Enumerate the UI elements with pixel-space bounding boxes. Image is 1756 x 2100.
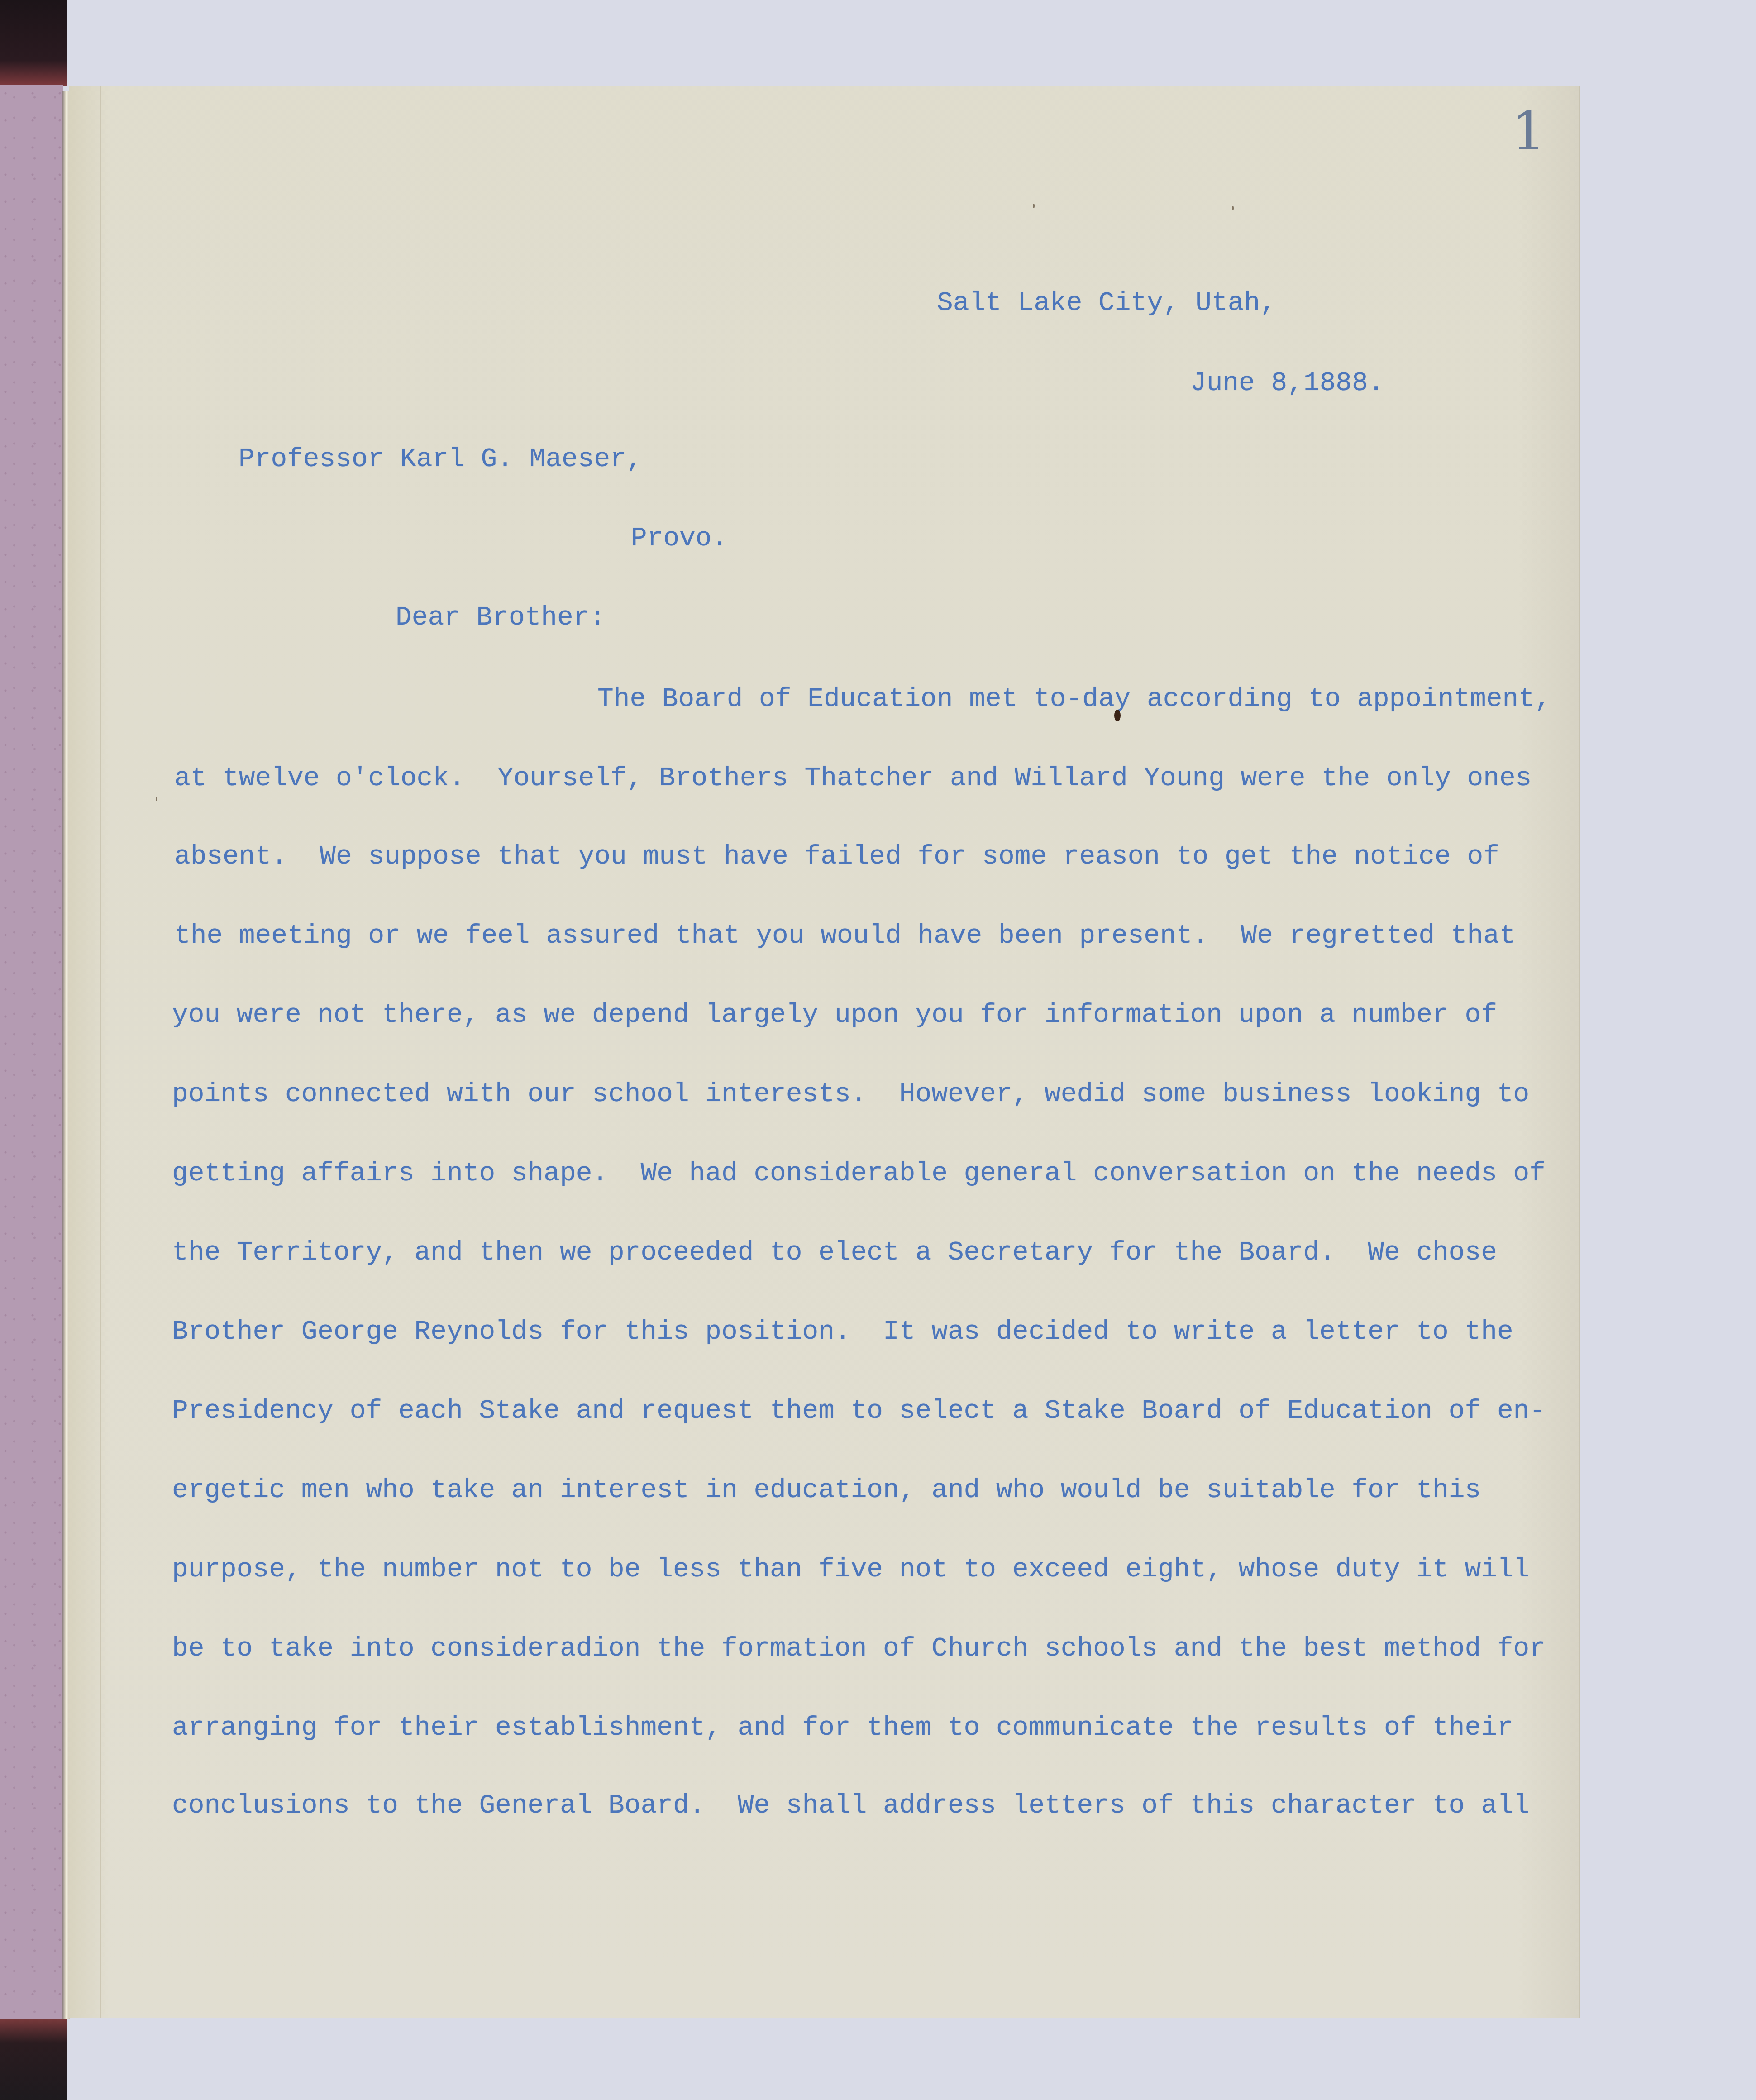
body-line: the meeting or we feel assured that you … xyxy=(174,922,1516,950)
body-line: points connected with our school interes… xyxy=(172,1081,1529,1108)
body-line: The Board of Education met to-day accord… xyxy=(597,686,1551,713)
body-line: the Territory, and then we proceeded to … xyxy=(172,1239,1497,1266)
salutation: Dear Brother: xyxy=(396,604,606,631)
endpaper xyxy=(0,85,63,2020)
body-line: Presidency of each Stake and request the… xyxy=(172,1398,1546,1425)
body-line: purpose, the number not to be less than … xyxy=(172,1556,1529,1583)
paper-speck xyxy=(1232,206,1234,210)
page-number: 1 xyxy=(1512,104,1546,157)
ink-stain xyxy=(1114,710,1121,721)
body-line: conclusions to the General Board. We sha… xyxy=(172,1792,1529,1819)
book-cover-top xyxy=(0,0,67,86)
body-line: arranging for their establishment, and f… xyxy=(172,1714,1513,1742)
body-line: getting affairs into shape. We had consi… xyxy=(172,1160,1546,1187)
body-line: be to take into consideradion the format… xyxy=(172,1635,1546,1662)
body-line: ergetic men who take an interest in educ… xyxy=(172,1477,1481,1504)
letter-page: 1 Salt Lake City, Utah, June 8,1888. Pro… xyxy=(69,86,1579,2018)
recipient-location: Provo. xyxy=(631,525,728,552)
body-line: absent. We suppose that you must have fa… xyxy=(174,843,1499,870)
paper-speck xyxy=(1033,204,1035,208)
book-cover-bottom xyxy=(0,2019,67,2100)
body-line: Brother George Reynolds for this positio… xyxy=(172,1318,1513,1346)
gutter-fold-line xyxy=(100,86,101,2018)
letter-date: June 8,1888. xyxy=(1190,370,1384,397)
body-line: at twelve o'clock. Yourself, Brothers Th… xyxy=(174,765,1532,792)
recipient-name: Professor Karl G. Maeser, xyxy=(239,446,643,473)
paper-speck xyxy=(156,797,157,801)
body-line: you were not there, as we depend largely… xyxy=(172,1002,1497,1029)
letter-place: Salt Lake City, Utah, xyxy=(937,290,1276,317)
